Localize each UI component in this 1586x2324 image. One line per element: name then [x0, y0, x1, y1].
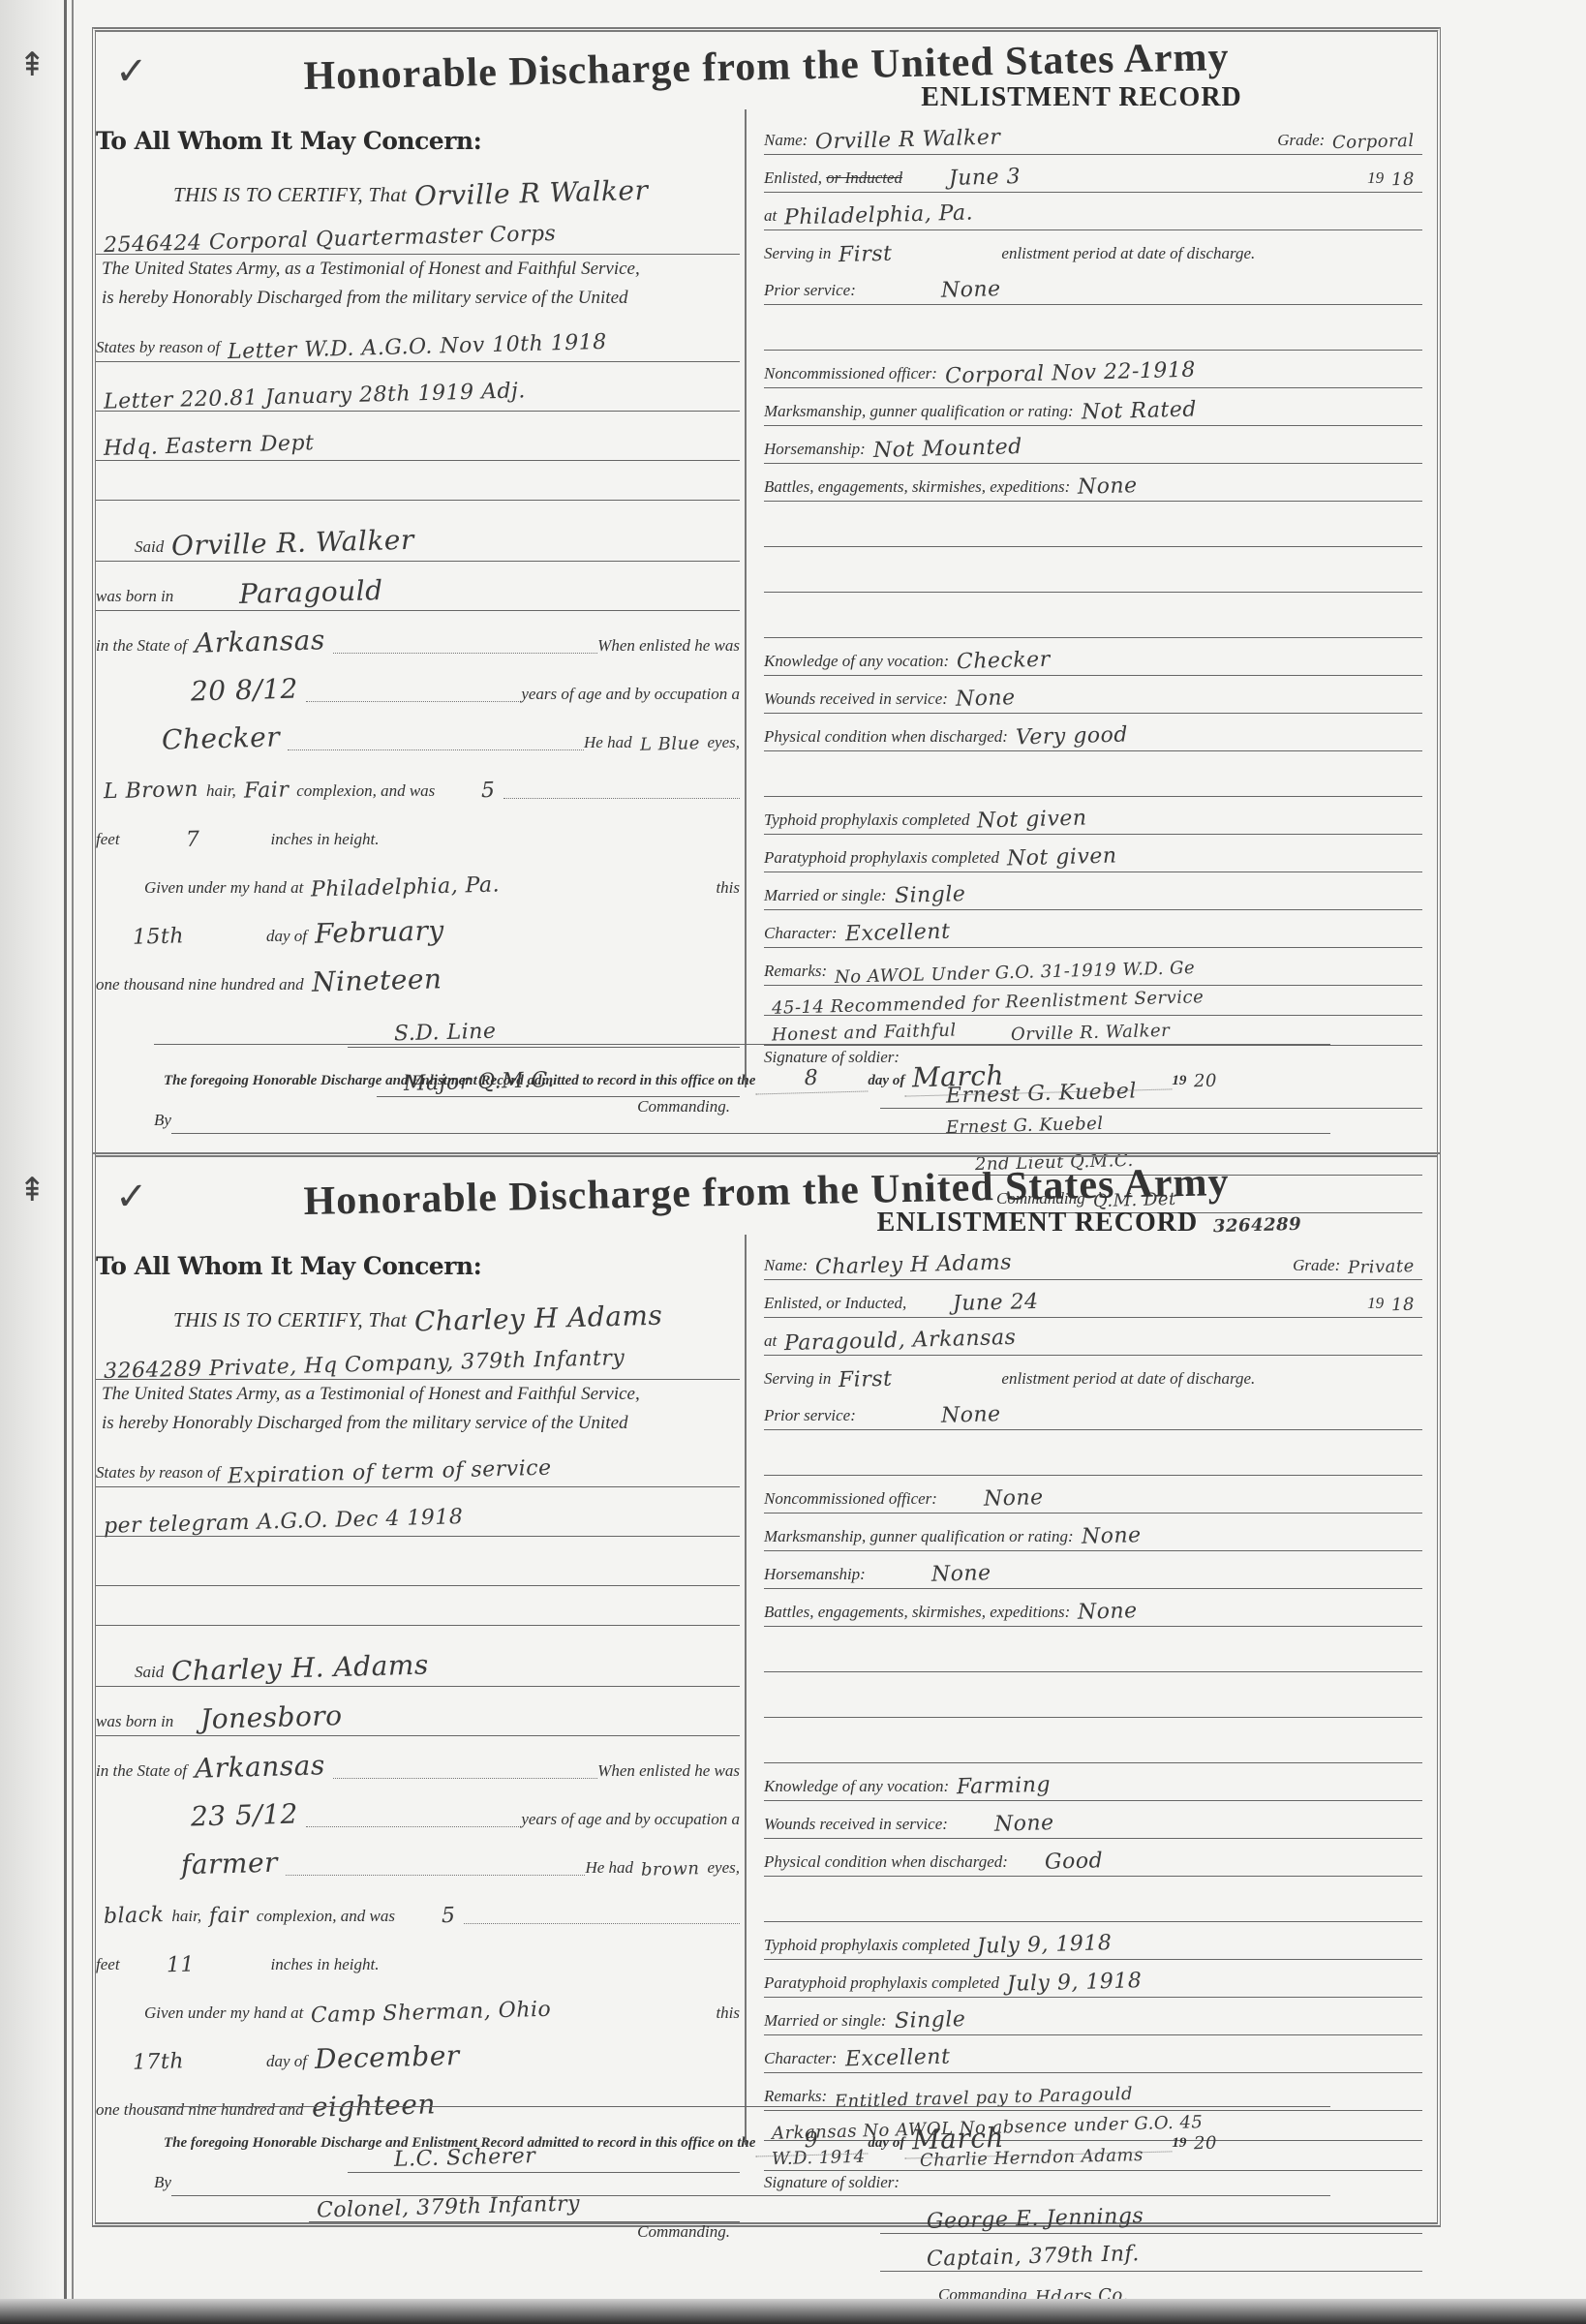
battles-label: Battles, engagements, skirmishes, expedi…: [764, 477, 1070, 501]
physical-label: Physical condition when discharged:: [764, 1852, 1008, 1876]
salutation: To All Whom It May Concern:: [96, 1252, 740, 1280]
recorded-year: 20: [1186, 2132, 1225, 2156]
eyes-label: eyes,: [707, 1858, 740, 1881]
recorded-month: March: [904, 1055, 1173, 1096]
age: 23 5/12: [183, 1797, 307, 1834]
years-of-age-label: years of age and by occupation a: [521, 685, 740, 708]
record-name: Charley H Adams: [808, 1250, 1021, 1282]
testimonial-line-1: The United States Army, as a Testimonial…: [102, 1380, 740, 1409]
signing-officer-title: Colonel, 379th Infantry: [309, 2191, 589, 2225]
foregoing-label: The foregoing Honorable Discharge and En…: [164, 2135, 755, 2156]
recorded-day: 9: [755, 2126, 869, 2156]
enlisted-at: Paragould, Arkansas: [777, 1326, 1024, 1359]
marksmanship: None: [1073, 1523, 1148, 1551]
typhoid: Not given: [969, 806, 1095, 835]
eye-color: L Blue: [631, 733, 707, 757]
footer-day-of-label: day of: [868, 2135, 904, 2156]
paratyphoid-label: Paratyphoid prophylaxis completed: [764, 1973, 999, 1997]
serving-in-label: Serving in: [764, 244, 831, 267]
serving-in: First: [831, 1364, 1002, 1395]
discharge-reason-3: Hdq. Eastern Dept: [96, 431, 322, 463]
eyes-label: eyes,: [707, 733, 740, 756]
complexion-label: complexion, and was: [296, 781, 435, 805]
hair-label: hair,: [171, 1907, 201, 1930]
nco: Corporal Nov 22-1918: [937, 357, 1205, 390]
he-had-label: He had: [585, 1858, 633, 1881]
column-divider: [745, 1235, 747, 2145]
officer-title: Captain, 379th Inf.: [919, 2242, 1148, 2274]
said-name: Charley H. Adams: [164, 1648, 438, 1689]
paratyphoid: Not given: [999, 843, 1125, 872]
birth-state: Arkansas: [187, 1749, 334, 1787]
year-prefix: 19: [1367, 1294, 1384, 1317]
salutation: To All Whom It May Concern:: [96, 127, 740, 155]
by-reason-label: States by reason of: [96, 338, 220, 361]
recorded-year: 20: [1186, 1070, 1225, 1093]
this-label: this: [716, 2003, 740, 2027]
height-inches: 7: [177, 826, 271, 855]
grade: Private: [1340, 1256, 1422, 1280]
said-label: Said: [135, 1663, 164, 1686]
by-label: By: [154, 2173, 171, 2196]
typhoid-label: Typhoid prophylaxis completed: [764, 810, 969, 834]
by-reason-label: States by reason of: [96, 1463, 220, 1486]
given-year-word: Nineteen: [303, 963, 449, 1000]
paratyphoid-label: Paratyphoid prophylaxis completed: [764, 848, 999, 871]
footer-day-of-label: day of: [868, 1073, 904, 1093]
at-label: at: [764, 1331, 777, 1355]
prior-service-label: Prior service:: [764, 281, 856, 304]
complexion: Fair: [235, 778, 296, 806]
recorded-day: 8: [755, 1064, 869, 1094]
service-number: 3264289: [1205, 1214, 1310, 1239]
said-label: Said: [135, 537, 164, 561]
enlisted-label: Enlisted, or Inducted,: [764, 1294, 906, 1317]
certify-label: THIS IS TO CERTIFY, That: [173, 183, 407, 211]
hair-color: black: [96, 1903, 172, 1931]
discharge-section: To All Whom It May Concern: THIS IS TO C…: [96, 1235, 740, 2242]
marksmanship-label: Marksmanship, gunner qualification or ra…: [764, 1527, 1074, 1550]
given-day: 17th: [125, 2047, 267, 2077]
testimonial-line-2: is hereby Honorably Discharged from the …: [102, 1409, 740, 1438]
grade-label: Grade:: [1293, 1256, 1340, 1279]
inducted-struck: or Inducted: [826, 168, 902, 187]
wounds-label: Wounds received in service:: [764, 689, 948, 713]
this-label: this: [716, 878, 740, 902]
recording-footer: The foregoing Honorable Discharge and En…: [96, 1044, 1437, 1134]
enlisted-at: Philadelphia, Pa.: [777, 200, 982, 232]
wounds-label: Wounds received in service:: [764, 1815, 948, 1838]
wounds: None: [987, 1811, 1062, 1839]
foregoing-label: The foregoing Honorable Discharge and En…: [164, 1073, 755, 1093]
character-label: Character:: [764, 2049, 838, 2072]
day-of-label: day of: [266, 927, 307, 950]
name-label: Name:: [764, 131, 808, 154]
commanding-label: Commanding.: [637, 2222, 730, 2245]
years-of-age-label: years of age and by occupation a: [521, 1810, 740, 1833]
enlistment-period-label: enlistment period at date of discharge.: [1001, 1369, 1255, 1392]
testimonial-line-2: is hereby Honorably Discharged from the …: [102, 284, 740, 313]
footer-year-prefix: 19: [1172, 2135, 1186, 2156]
discharge-section: To All Whom It May Concern: THIS IS TO C…: [96, 109, 740, 1116]
eye-color: brown: [633, 1858, 708, 1882]
marital-status: Single: [886, 2007, 973, 2035]
given-month: December: [307, 2039, 469, 2077]
arrow-mark-icon: ⇞: [18, 1171, 46, 1209]
physical-label: Physical condition when discharged:: [764, 727, 1008, 750]
state-label: in the State of: [96, 1761, 187, 1785]
feet-label: feet: [96, 830, 120, 853]
marksmanship: Not Rated: [1073, 397, 1205, 427]
discharge-reason-1: Letter W.D. A.G.O. Nov 10th 1918: [220, 330, 615, 367]
serial-and-unit: 2546424 Corporal Quartermaster Corps: [96, 222, 564, 260]
binder-rule: [72, 0, 74, 2324]
birth-state: Arkansas: [187, 624, 334, 661]
inches-label: inches in height.: [271, 830, 380, 853]
vocation: Checker: [949, 648, 1058, 677]
battles: None: [1070, 1599, 1145, 1627]
enlistment-period-label: enlistment period at date of discharge.: [1001, 244, 1255, 267]
he-had-label: He had: [584, 733, 632, 756]
recording-footer: The foregoing Honorable Discharge and En…: [96, 2106, 1437, 2196]
enlisted-date: June 3: [941, 165, 1029, 193]
footer-year-prefix: 19: [1172, 1073, 1186, 1093]
serving-in: First: [831, 239, 1002, 270]
grade-label: Grade:: [1277, 131, 1325, 154]
serving-in-label: Serving in: [764, 1369, 831, 1392]
typhoid-label: Typhoid prophylaxis completed: [764, 1936, 969, 1959]
character: Excellent: [837, 919, 958, 948]
birthplace: Jonesboro: [193, 1699, 351, 1737]
marital-status: Single: [886, 882, 973, 910]
physical-condition: Very good: [1008, 722, 1137, 751]
character-label: Character:: [764, 924, 838, 947]
record-name: Orville R Walker: [808, 125, 1009, 156]
married-label: Married or single:: [764, 886, 887, 909]
inches-label: inches in height.: [271, 1955, 380, 1978]
character: Excellent: [837, 2044, 958, 2073]
scan-bottom-edge: [0, 2299, 1586, 2324]
given-under-label: Given under my hand at: [144, 878, 303, 902]
remarks-label: Remarks:: [764, 962, 827, 985]
marksmanship-label: Marksmanship, gunner qualification or ra…: [764, 402, 1074, 425]
nco-label: Noncommissioned officer:: [764, 1489, 937, 1513]
prior-service-label: Prior service:: [764, 1406, 856, 1429]
horsemanship-label: Horsemanship:: [764, 440, 866, 463]
nco: None: [976, 1485, 1052, 1514]
soldier-name: Orville R Walker: [407, 174, 656, 215]
given-day: 15th: [125, 922, 267, 952]
column-divider: [745, 109, 747, 1087]
prior-service: None: [933, 277, 1009, 305]
vocation: Farming: [949, 1773, 1059, 1802]
paratyphoid: July 9, 1918: [999, 1969, 1150, 1999]
enlisted-year: 18: [1384, 168, 1422, 192]
occupation: Checker: [154, 720, 289, 758]
complexion: fair: [201, 1903, 257, 1930]
hair-label: hair,: [206, 781, 236, 805]
recorded-month: March: [904, 2117, 1173, 2158]
state-label: in the State of: [96, 636, 187, 659]
hair-color: L Brown: [96, 778, 207, 807]
discharge-certificate-1: ⇞ ✓ Honorable Discharge from the United …: [92, 27, 1441, 1155]
feet-label: feet: [96, 1955, 120, 1978]
by-line: [171, 1112, 1330, 1134]
given-month: February: [307, 914, 453, 952]
horsemanship: None: [924, 1561, 999, 1589]
knowledge-label: Knowledge of any vocation:: [764, 1777, 949, 1800]
soldier-name: Charley H Adams: [407, 1299, 671, 1339]
horsemanship: Not Mounted: [866, 435, 1031, 465]
by-line: [171, 2174, 1330, 2196]
testimonial-line-1: The United States Army, as a Testimonial…: [102, 255, 740, 284]
enlisted-year: 18: [1384, 1294, 1422, 1317]
enlistment-record-title: ENLISTMENT RECORD: [921, 82, 1242, 112]
complexion-label: complexion, and was: [257, 1907, 395, 1930]
enlisted-date: June 24: [945, 1290, 1047, 1319]
certify-label: THIS IS TO CERTIFY, That: [173, 1308, 407, 1336]
typhoid: July 9, 1918: [969, 1931, 1120, 1961]
battles-label: Battles, engagements, skirmishes, expedi…: [764, 1603, 1070, 1626]
said-name: Orville R. Walker: [164, 524, 423, 565]
service-number: [1250, 104, 1266, 106]
born-in-label: was born in: [96, 587, 173, 610]
born-in-label: was born in: [96, 1712, 173, 1735]
grade: Corporal: [1325, 131, 1422, 156]
officer-signature: George E. Jennings: [919, 2204, 1152, 2236]
discharge-reason-1: Expiration of term of service: [220, 1455, 560, 1490]
discharge-reason-3: [96, 1583, 111, 1585]
when-enlisted-label: When enlisted he was: [597, 1761, 740, 1785]
given-at-place: Camp Sherman, Ohio: [303, 1998, 560, 2031]
given-at-place: Philadelphia, Pa.: [303, 872, 508, 904]
at-label: at: [764, 206, 777, 229]
knowledge-label: Knowledge of any vocation:: [764, 652, 949, 675]
discharge-reason-2: per telegram A.G.O. Dec 4 1918: [96, 1505, 472, 1541]
day-of-label: day of: [266, 2052, 307, 2075]
height-inches: 11: [158, 1950, 271, 1979]
battles: None: [1070, 474, 1145, 502]
married-label: Married or single:: [764, 2011, 887, 2034]
by-label: By: [154, 1111, 171, 1134]
physical-condition: Good: [1037, 1849, 1112, 1877]
height-feet: 5: [434, 1904, 464, 1931]
binder-rule: [64, 0, 67, 2324]
year-label: one thousand nine hundred and: [96, 975, 304, 998]
year-prefix: 19: [1367, 168, 1384, 192]
nco-label: Noncommissioned officer:: [764, 364, 937, 387]
occupation: farmer: [173, 1846, 287, 1882]
discharge-certificate-2: ⇞ ✓ Honorable Discharge from the United …: [92, 1152, 1441, 2227]
given-under-label: Given under my hand at: [144, 2003, 303, 2027]
arrow-mark-icon: ⇞: [18, 46, 46, 84]
birthplace: Paragould: [231, 574, 391, 612]
horsemanship-label: Horsemanship:: [764, 1565, 866, 1588]
age: 20 8/12: [183, 672, 307, 709]
scan-margin: [0, 0, 68, 2324]
when-enlisted-label: When enlisted he was: [597, 636, 740, 659]
wounds: None: [948, 686, 1023, 714]
enlistment-record-title: ENLISTMENT RECORD: [877, 1208, 1199, 1238]
prior-service: None: [933, 1402, 1009, 1430]
height-feet: 5: [473, 779, 503, 806]
name-label: Name:: [764, 1256, 808, 1279]
